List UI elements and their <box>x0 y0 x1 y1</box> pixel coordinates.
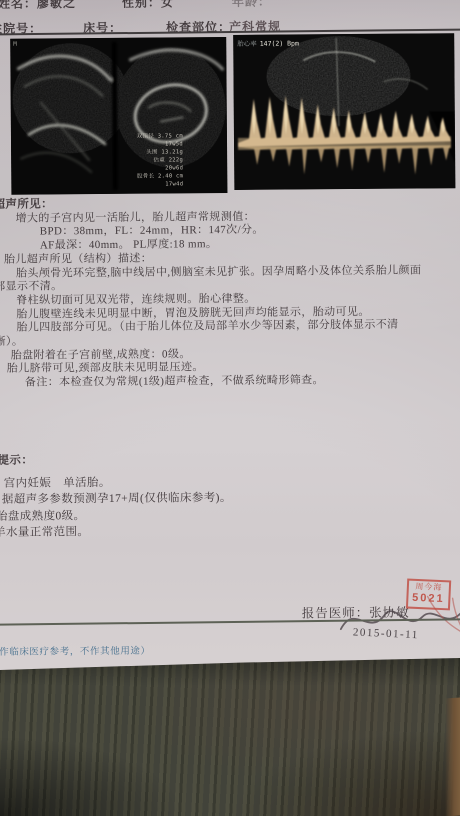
findings-section: 超声所见： 增大的子宫内见一活胎儿，胎儿超声常规测值： BPD：38mm，FL：… <box>0 195 460 391</box>
red-name-stamp: 周今海 5021 <box>406 578 451 610</box>
measurement-line: 17w4d <box>97 180 183 189</box>
ultrasound-image-doppler: 胎心率147(2) Bpm <box>233 33 455 190</box>
floor-brown-strip <box>445 697 460 816</box>
heart-rate-overlay: 胎心率147(2) Bpm <box>237 38 299 47</box>
image-orientation-marker: M <box>13 41 17 48</box>
heart-rate-label: 胎心率 <box>237 40 257 48</box>
photo-of-ultrasound-report: { "header": { "name_label": "姓名：廖敏之", "g… <box>0 0 460 816</box>
patient-age-field: 年龄： <box>232 0 271 10</box>
findings-line: 备注：本检查仅为常规(1级)超声检查，不做系统畸形筛查。 <box>0 373 460 390</box>
ultrasound-image-fetal: M 双顶径 3.75 cm 17w5d 头围 13.21g 估重 222g 20… <box>10 37 227 195</box>
disclaimer-note: 仅作临床医疗参考，不作其他用途） <box>0 643 151 658</box>
impression-title: 提示： <box>0 449 460 469</box>
impression-line: 羊水量正常范围。 <box>0 521 460 541</box>
patient-gender-field: 性别：女 <box>122 0 174 11</box>
stamp-number: 5021 <box>408 592 449 607</box>
doppler-waveform-graphic <box>233 33 455 190</box>
patient-name-field: 姓名：廖敏之 <box>0 0 76 12</box>
heart-rate-value: 147(2) Bpm <box>260 39 299 47</box>
measurement-overlay: 双顶径 3.75 cm 17w5d 头围 13.21g 估重 222g 20w6… <box>97 132 183 189</box>
report-paper: 姓名：廖敏之 性别：女 年龄： 住院号： 床号： 检查部位： 产科常规 <box>0 0 460 670</box>
impression-section: 提示： 宫内妊娠 单活胎。 据超声多参数预测孕17+周(仅供临床参考)。 胎盘成… <box>0 449 460 541</box>
header-row-exam: 住院号： 床号： 检查部位： 产科常规 <box>0 16 458 20</box>
